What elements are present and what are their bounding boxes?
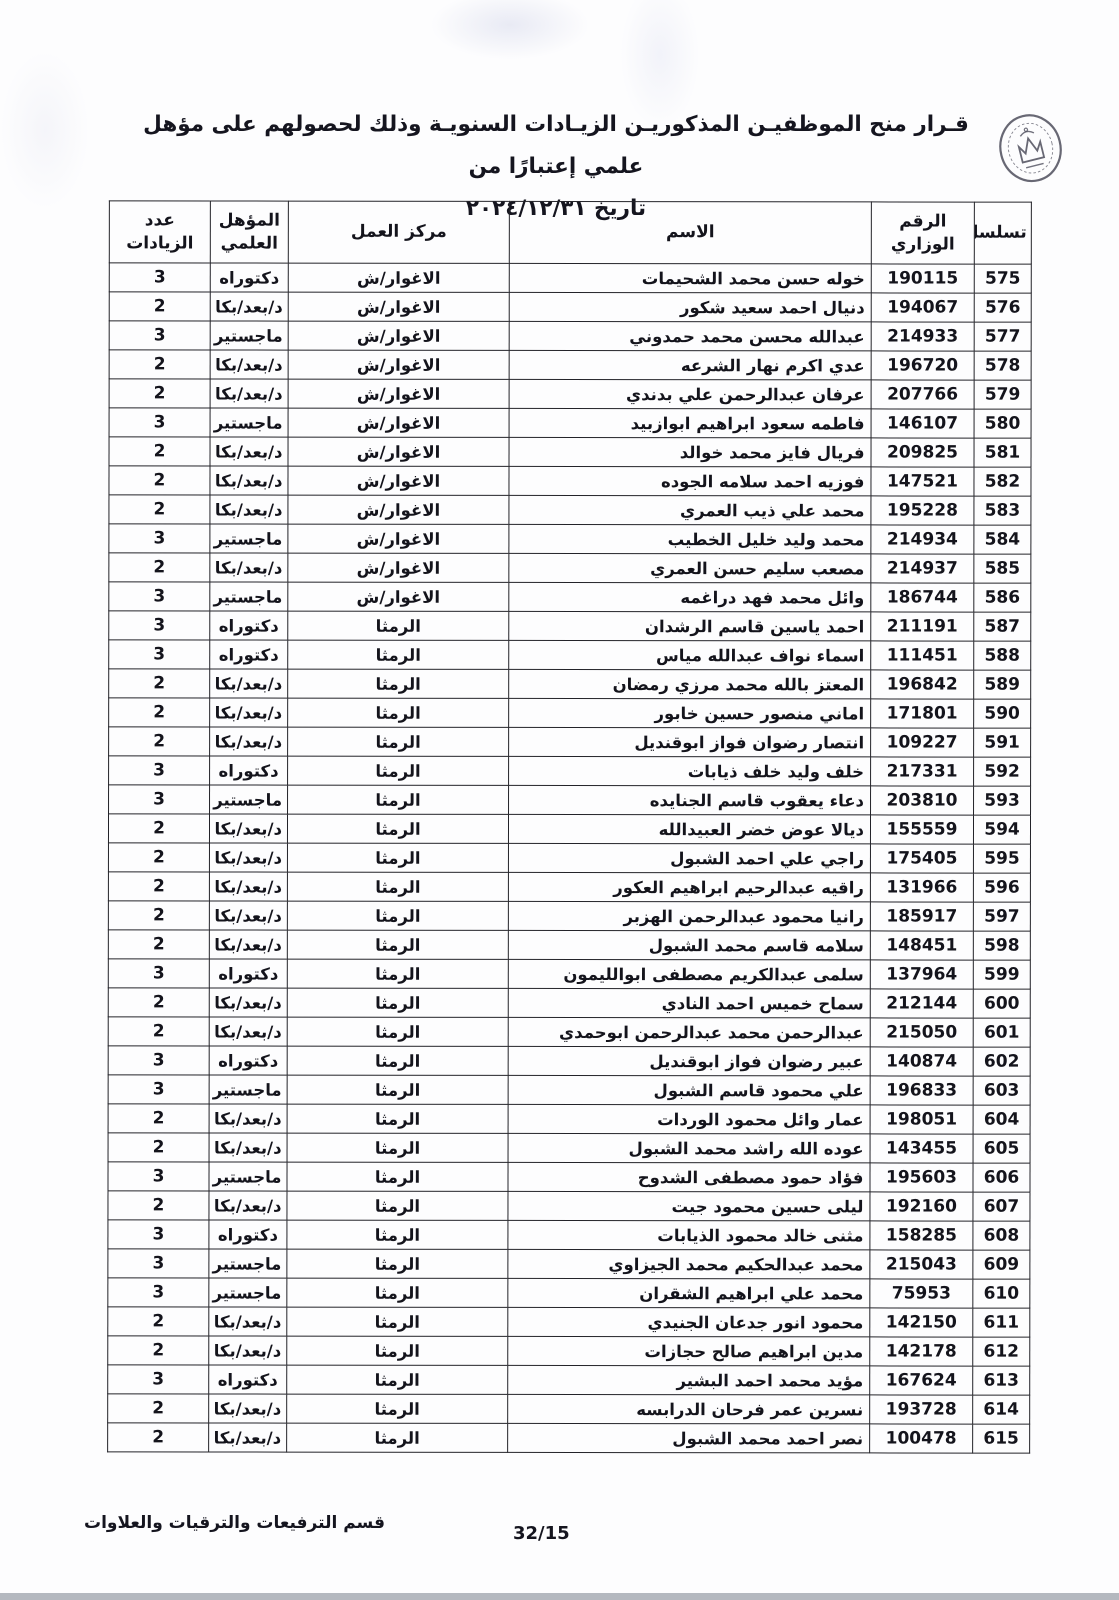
cell-work-center: الرمثا <box>287 1423 508 1452</box>
cell-serial: 600 <box>973 989 1030 1018</box>
cell-name: عمار وائل محمود الوردات <box>508 1104 870 1134</box>
cell-qualification: ماجستير <box>210 408 288 437</box>
cell-qualification: د/بعد/بكا <box>210 437 288 466</box>
cell-serial: 579 <box>974 380 1031 409</box>
cell-serial: 601 <box>973 1018 1030 1047</box>
table-row: 607 192160 ليلى حسين محمود جيت الرمثا د/… <box>108 1191 1030 1221</box>
cell-serial: 578 <box>974 351 1031 380</box>
cell-increments: 3 <box>108 1365 209 1394</box>
header-row: تسلسل الرقم الوزاري الاسم مركز العمل الم… <box>109 201 1031 264</box>
cell-work-center: الاغوار/ش <box>288 350 509 379</box>
cell-serial: 592 <box>974 757 1031 786</box>
cell-work-center: الرمثا <box>287 988 508 1017</box>
cell-qualification: د/بعد/بكا <box>209 872 287 901</box>
table-row: 612 142178 مدين ابراهيم صالح حجازات الرم… <box>108 1336 1030 1366</box>
table-row: 590 171801 اماني منصور حسين خابور الرمثا… <box>109 698 1031 728</box>
cell-qualification: ماجستير <box>210 524 288 553</box>
cell-name: خلف وليد خلف ذيابات <box>509 756 871 786</box>
cell-ministry-number: 146107 <box>871 409 974 438</box>
cell-work-center: الاغوار/ش <box>288 437 509 466</box>
cell-qualification: د/بعد/بكا <box>209 1307 287 1336</box>
table-row: 579 207766 عرفان عبدالرحمن علي بدندي الا… <box>109 379 1031 409</box>
cell-ministry-number: 195228 <box>871 496 974 525</box>
cell-name: المعتز بالله محمد مرزي رمضان <box>509 669 871 699</box>
cell-qualification: د/بعد/بكا <box>210 350 288 379</box>
footer-page-number: 32/15 <box>513 1523 570 1544</box>
cell-increments: 2 <box>108 930 209 959</box>
cell-serial: 596 <box>973 873 1030 902</box>
cell-name: راقيه عبدالرحيم ابراهيم العكور <box>508 872 870 902</box>
cell-serial: 608 <box>973 1221 1030 1250</box>
cell-serial: 580 <box>974 409 1031 438</box>
cell-qualification: د/بعد/بكا <box>209 843 287 872</box>
cell-ministry-number: 75953 <box>870 1279 973 1308</box>
cell-name: عوده الله راشد محمد الشبول <box>508 1133 870 1163</box>
cell-qualification: ماجستير <box>209 1162 287 1191</box>
cell-name: مدين ابراهيم صالح حجازات <box>508 1336 870 1366</box>
cell-work-center: الرمثا <box>287 1249 508 1278</box>
column-header-increments: عدد الزيادات <box>109 201 210 263</box>
column-header-qualification: المؤهل العلمي <box>210 201 288 263</box>
cell-increments: 2 <box>108 1191 209 1220</box>
cell-work-center: الرمثا <box>288 785 509 814</box>
cell-name: فريال فايز محمد خوالد <box>509 437 871 467</box>
cell-ministry-number: 215043 <box>870 1250 973 1279</box>
cell-work-center: الاغوار/ش <box>288 524 509 553</box>
cell-serial: 599 <box>973 960 1030 989</box>
cell-increments: 3 <box>108 1278 209 1307</box>
cell-increments: 2 <box>109 379 210 408</box>
cell-ministry-number: 214934 <box>871 525 974 554</box>
table-row: 576 194067 دنيال احمد سعيد شكور الاغوار/… <box>109 292 1031 322</box>
cell-ministry-number: 214933 <box>871 322 974 351</box>
cell-serial: 607 <box>973 1192 1030 1221</box>
cell-qualification: دكتوراه <box>210 611 288 640</box>
cell-qualification: ماجستير <box>210 582 288 611</box>
cell-ministry-number: 109227 <box>871 728 974 757</box>
cell-work-center: الاغوار/ش <box>288 553 509 582</box>
table-row: 592 217331 خلف وليد خلف ذيابات الرمثا دك… <box>109 756 1031 786</box>
table-row: 578 196720 عدي اكرم نهار الشرعه الاغوار/… <box>109 350 1031 380</box>
cell-increments: 3 <box>109 611 210 640</box>
cell-serial: 598 <box>973 931 1030 960</box>
cell-name: اسماء نواف عبدالله مياس <box>509 640 871 670</box>
cell-qualification: د/بعد/بكا <box>209 814 287 843</box>
cell-work-center: الاغوار/ش <box>288 495 509 524</box>
table-row: 584 214934 محمد وليد خليل الخطيب الاغوار… <box>109 524 1031 554</box>
cell-qualification: د/بعد/بكا <box>209 1423 287 1452</box>
cell-work-center: الرمثا <box>287 872 508 901</box>
cell-serial: 605 <box>973 1134 1030 1163</box>
table-row: 609 215043 محمد عبدالحكيم محمد الجيزاوي … <box>108 1249 1030 1279</box>
cell-name: عدي اكرم نهار الشرعه <box>509 350 871 380</box>
cell-qualification: د/بعد/بكا <box>210 379 288 408</box>
cell-serial: 595 <box>973 844 1030 873</box>
cell-increments: 2 <box>108 872 209 901</box>
cell-serial: 583 <box>974 496 1031 525</box>
cell-increments: 2 <box>108 1307 209 1336</box>
cell-increments: 3 <box>109 524 210 553</box>
cell-name: فاطمه سعود ابراهيم ابوازبيد <box>509 408 871 438</box>
cell-increments: 3 <box>109 640 210 669</box>
table-row: 588 111451 اسماء نواف عبدالله مياس الرمث… <box>109 640 1031 670</box>
cell-qualification: د/بعد/بكا <box>210 698 288 727</box>
cell-increments: 2 <box>109 437 210 466</box>
cell-ministry-number: 196720 <box>871 351 974 380</box>
cell-ministry-number: 131966 <box>870 873 973 902</box>
cell-increments: 2 <box>109 495 210 524</box>
cell-qualification: د/بعد/بكا <box>210 292 288 321</box>
cell-work-center: الرمثا <box>287 1394 508 1423</box>
cell-increments: 3 <box>109 582 210 611</box>
cell-name: دعاء يعقوب قاسم الجنايده <box>509 785 871 815</box>
cell-serial: 589 <box>974 670 1031 699</box>
cell-ministry-number: 194067 <box>871 293 974 322</box>
cell-increments: 2 <box>108 1336 209 1365</box>
cell-ministry-number: 137964 <box>870 960 973 989</box>
cell-increments: 2 <box>109 466 210 495</box>
table-row: 608 158285 مثنى خالد محمود الذيابات الرم… <box>108 1220 1030 1250</box>
cell-name: فوزيه احمد سلامه الجوده <box>509 466 871 496</box>
cell-ministry-number: 175405 <box>870 844 973 873</box>
cell-name: نسرين عمر فرحان الدرابسه <box>508 1394 870 1424</box>
employee-table-container: تسلسل الرقم الوزاري الاسم مركز العمل الم… <box>107 200 1032 1453</box>
cell-serial: 604 <box>973 1105 1030 1134</box>
cell-work-center: الرمثا <box>288 756 509 785</box>
cell-serial: 611 <box>973 1308 1030 1337</box>
cell-qualification: دكتوراه <box>209 1220 287 1249</box>
cell-work-center: الرمثا <box>287 1365 508 1394</box>
cell-name: نصر احمد محمد الشبول <box>508 1423 870 1453</box>
cell-ministry-number: 215050 <box>870 1018 973 1047</box>
cell-qualification: د/بعد/بكا <box>210 669 288 698</box>
cell-name: عبدالرحمن محمد عبدالرحمن ابوحمدي <box>508 1017 870 1047</box>
cell-qualification: د/بعد/بكا <box>210 466 288 495</box>
table-row: 587 211191 احمد ياسين قاسم الرشدان الرمث… <box>109 611 1031 641</box>
cell-work-center: الاغوار/ش <box>288 582 509 611</box>
cell-name: انتصار رضوان فواز ابوقنديل <box>509 727 871 757</box>
cell-increments: 2 <box>108 1017 209 1046</box>
cell-qualification: د/بعد/بكا <box>209 988 287 1017</box>
cell-increments: 2 <box>109 698 210 727</box>
employee-table-body: 575 190115 خوله حسن محمد الشحيمات الاغوا… <box>108 263 1032 1453</box>
cell-ministry-number: 142150 <box>870 1308 973 1337</box>
cell-ministry-number: 143455 <box>870 1134 973 1163</box>
cell-name: اماني منصور حسين خابور <box>509 698 871 728</box>
cell-work-center: الرمثا <box>287 1220 508 1249</box>
cell-serial: 612 <box>973 1337 1030 1366</box>
cell-serial: 606 <box>973 1163 1030 1192</box>
cell-qualification: ماجستير <box>210 321 288 350</box>
cell-work-center: الرمثا <box>287 901 508 930</box>
cell-ministry-number: 217331 <box>871 757 974 786</box>
table-row: 577 214933 عبدالله محسن محمد حمدوني الاغ… <box>109 321 1031 351</box>
cell-serial: 576 <box>974 293 1031 322</box>
cell-work-center: الاغوار/ش <box>288 292 509 321</box>
cell-serial: 613 <box>973 1366 1030 1395</box>
cell-name: فؤاد حمود مصطفى الشدوح <box>508 1162 870 1192</box>
cell-work-center: الرمثا <box>288 640 509 669</box>
cell-qualification: دكتوراه <box>209 959 287 988</box>
table-row: 595 175405 راجي علي احمد الشبول الرمثا د… <box>108 843 1030 873</box>
cell-serial: 603 <box>973 1076 1030 1105</box>
cell-ministry-number: 207766 <box>871 380 974 409</box>
table-row: 601 215050 عبدالرحمن محمد عبدالرحمن ابوح… <box>108 1017 1030 1047</box>
cell-work-center: الرمثا <box>287 1162 508 1191</box>
cell-name: علي محمود قاسم الشبول <box>508 1075 870 1105</box>
cell-serial: 586 <box>974 583 1031 612</box>
cell-qualification: ماجستير <box>209 1278 287 1307</box>
cell-increments: 3 <box>109 785 210 814</box>
cell-serial: 597 <box>973 902 1030 931</box>
cell-work-center: الرمثا <box>287 1046 508 1075</box>
cell-name: سماح خميس احمد النادي <box>508 988 870 1018</box>
cell-name: ليلى حسين محمود جيت <box>508 1191 870 1221</box>
cell-work-center: الرمثا <box>287 1191 508 1220</box>
cell-ministry-number: 209825 <box>871 438 974 467</box>
cell-work-center: الرمثا <box>287 959 508 988</box>
cell-ministry-number: 190115 <box>871 264 974 293</box>
cell-ministry-number: 147521 <box>871 467 974 496</box>
cell-qualification: د/بعد/بكا <box>209 1191 287 1220</box>
table-row: 586 186744 وائل محمد فهد دراغمه الاغوار/… <box>109 582 1031 612</box>
cell-ministry-number: 158285 <box>870 1221 973 1250</box>
cell-qualification: د/بعد/بكا <box>210 727 288 756</box>
cell-increments: 3 <box>109 756 210 785</box>
cell-name: وائل محمد فهد دراغمه <box>509 582 871 612</box>
cell-serial: 582 <box>974 467 1031 496</box>
cell-name: رانيا محمود عبدالرحمن الهزبر <box>508 901 870 931</box>
cell-increments: 2 <box>108 1133 209 1162</box>
scan-artifact <box>430 0 590 60</box>
cell-work-center: الرمثا <box>288 611 509 640</box>
cell-work-center: الاغوار/ش <box>288 379 509 408</box>
cell-increments: 3 <box>108 1249 209 1278</box>
document-title-line1: قـرار منح الموظفيـن المذكوريـن الزيـادات… <box>125 104 987 188</box>
cell-ministry-number: 196842 <box>871 670 974 699</box>
cell-increments: 2 <box>108 901 209 930</box>
cell-increments: 2 <box>109 350 210 379</box>
cell-increments: 2 <box>109 669 210 698</box>
cell-qualification: دكتوراه <box>210 640 288 669</box>
cell-ministry-number: 186744 <box>871 583 974 612</box>
cell-qualification: د/بعد/بكا <box>209 1017 287 1046</box>
cell-serial: 588 <box>974 641 1031 670</box>
cell-name: مثنى خالد محمود الذيابات <box>508 1220 870 1250</box>
cell-ministry-number: 185917 <box>870 902 973 931</box>
cell-qualification: د/بعد/بكا <box>209 901 287 930</box>
column-header-work-center: مركز العمل <box>288 201 509 263</box>
table-row: 603 196833 علي محمود قاسم الشبول الرمثا … <box>108 1075 1030 1105</box>
cell-qualification: ماجستير <box>209 1249 287 1278</box>
cell-name: احمد ياسين قاسم الرشدان <box>509 611 871 641</box>
cell-increments: 3 <box>108 1162 209 1191</box>
cell-name: سلمى عبدالكريم مصطفى ابوالليمون <box>508 959 870 989</box>
cell-qualification: د/بعد/بكا <box>210 495 288 524</box>
table-row: 615 100478 نصر احمد محمد الشبول الرمثا د… <box>108 1423 1030 1453</box>
cell-ministry-number: 196833 <box>870 1076 973 1105</box>
cell-ministry-number: 140874 <box>870 1047 973 1076</box>
scan-artifact <box>0 50 90 210</box>
cell-ministry-number: 192160 <box>870 1192 973 1221</box>
table-row: 598 148451 سلامه قاسم محمد الشبول الرمثا… <box>108 930 1030 960</box>
table-row: 594 155559 ديالا عوض خضر العبيدالله الرم… <box>108 814 1030 844</box>
table-row: 575 190115 خوله حسن محمد الشحيمات الاغوا… <box>109 263 1031 293</box>
cell-serial: 614 <box>973 1395 1030 1424</box>
cell-increments: 2 <box>108 1104 209 1133</box>
cell-serial: 609 <box>973 1250 1030 1279</box>
cell-serial: 581 <box>974 438 1031 467</box>
table-row: 580 146107 فاطمه سعود ابراهيم ابوازبيد ا… <box>109 408 1031 438</box>
cell-serial: 610 <box>973 1279 1030 1308</box>
table-row: 604 198051 عمار وائل محمود الوردات الرمث… <box>108 1104 1030 1134</box>
cell-name: محمد علي ابراهيم الشقران <box>508 1278 870 1308</box>
cell-work-center: الرمثا <box>288 727 509 756</box>
cell-serial: 593 <box>974 786 1031 815</box>
cell-work-center: الرمثا <box>287 843 508 872</box>
cell-ministry-number: 167624 <box>870 1366 973 1395</box>
column-header-name: الاسم <box>509 201 871 264</box>
cell-work-center: الرمثا <box>288 669 509 698</box>
cell-qualification: ماجستير <box>209 1075 287 1104</box>
table-row: 596 131966 راقيه عبدالرحيم ابراهيم العكو… <box>108 872 1030 902</box>
cell-work-center: الرمثا <box>288 698 509 727</box>
cell-ministry-number: 142178 <box>870 1337 973 1366</box>
cell-increments: 3 <box>108 1220 209 1249</box>
cell-qualification: د/بعد/بكا <box>209 930 287 959</box>
table-row: 597 185917 رانيا محمود عبدالرحمن الهزبر … <box>108 901 1030 931</box>
table-row: 602 140874 عبير رضوان فواز ابوقنديل الرم… <box>108 1046 1030 1076</box>
cell-serial: 577 <box>974 322 1031 351</box>
table-row: 611 142150 محمود انور جدعان الجنيدي الرم… <box>108 1307 1030 1337</box>
table-row: 589 196842 المعتز بالله محمد مرزي رمضان … <box>109 669 1031 699</box>
cell-name: دنيال احمد سعيد شكور <box>509 292 871 322</box>
cell-qualification: د/بعد/بكا <box>209 1104 287 1133</box>
cell-qualification: دكتوراه <box>209 1365 287 1394</box>
cell-work-center: الاغوار/ش <box>288 466 509 495</box>
table-row: 605 143455 عوده الله راشد محمد الشبول ال… <box>108 1133 1030 1163</box>
cell-qualification: د/بعد/بكا <box>209 1394 287 1423</box>
column-header-serial: تسلسل <box>974 202 1031 264</box>
cell-name: خوله حسن محمد الشحيمات <box>509 263 871 293</box>
cell-ministry-number: 171801 <box>871 699 974 728</box>
cell-qualification: ماجستير <box>210 785 288 814</box>
cell-ministry-number: 155559 <box>870 815 973 844</box>
cell-qualification: د/بعد/بكا <box>209 1133 287 1162</box>
cell-increments: 2 <box>108 1423 209 1452</box>
cell-increments: 2 <box>109 553 210 582</box>
cell-increments: 3 <box>108 1046 209 1075</box>
cell-name: ديالا عوض خضر العبيدالله <box>508 814 870 844</box>
cell-increments: 2 <box>109 292 210 321</box>
cell-ministry-number: 198051 <box>870 1105 973 1134</box>
cell-name: عبدالله محسن محمد حمدوني <box>509 321 871 351</box>
table-row: 599 137964 سلمى عبدالكريم مصطفى ابوالليم… <box>108 959 1030 989</box>
table-row: 583 195228 محمد علي ذيب العمري الاغوار/ش… <box>109 495 1031 525</box>
cell-qualification: د/بعد/بكا <box>209 1336 287 1365</box>
scan-edge <box>0 1593 1119 1600</box>
cell-work-center: الاغوار/ش <box>288 408 509 437</box>
cell-work-center: الرمثا <box>287 1104 508 1133</box>
table-row: 614 193728 نسرين عمر فرحان الدرابسه الرم… <box>108 1394 1030 1424</box>
cell-serial: 594 <box>973 815 1030 844</box>
table-row: 610 75953 محمد علي ابراهيم الشقران الرمث… <box>108 1278 1030 1308</box>
cell-work-center: الاغوار/ش <box>288 321 509 350</box>
cell-work-center: الاغوار/ش <box>288 263 509 292</box>
cell-serial: 602 <box>973 1047 1030 1076</box>
footer-department: قسم الترفيعات والترقيات والعلاوات <box>84 1513 385 1533</box>
cell-ministry-number: 214937 <box>871 554 974 583</box>
cell-increments: 3 <box>108 1075 209 1104</box>
cell-ministry-number: 193728 <box>870 1395 973 1424</box>
table-row: 613 167624 مؤيد محمد احمد البشير الرمثا … <box>108 1365 1030 1395</box>
cell-name: محمد علي ذيب العمري <box>509 495 871 525</box>
cell-serial: 585 <box>974 554 1031 583</box>
cell-name: عرفان عبدالرحمن علي بدندي <box>509 379 871 409</box>
cell-work-center: الرمثا <box>287 1307 508 1336</box>
cell-name: سلامه قاسم محمد الشبول <box>508 930 870 960</box>
column-header-ministry-number: الرقم الوزاري <box>871 202 974 264</box>
cell-increments: 2 <box>108 814 209 843</box>
table-row: 591 109227 انتصار رضوان فواز ابوقنديل ال… <box>109 727 1031 757</box>
ministry-seal-icon <box>997 104 1065 188</box>
table-row: 600 212144 سماح خميس احمد النادي الرمثا … <box>108 988 1030 1018</box>
table-row: 585 214937 مصعب سليم حسن العمري الاغوار/… <box>109 553 1031 583</box>
cell-qualification: دكتوراه <box>210 263 288 292</box>
cell-ministry-number: 148451 <box>870 931 973 960</box>
cell-name: محمود انور جدعان الجنيدي <box>508 1307 870 1337</box>
cell-ministry-number: 111451 <box>871 641 974 670</box>
cell-name: عبير رضوان فواز ابوقنديل <box>508 1046 870 1076</box>
cell-increments: 3 <box>109 321 210 350</box>
cell-increments: 3 <box>109 408 210 437</box>
cell-qualification: دكتوراه <box>210 756 288 785</box>
cell-serial: 615 <box>973 1424 1030 1453</box>
cell-increments: 2 <box>109 727 210 756</box>
cell-serial: 591 <box>974 728 1031 757</box>
cell-increments: 3 <box>108 959 209 988</box>
cell-work-center: الرمثا <box>287 1133 508 1162</box>
table-row: 581 209825 فريال فايز محمد خوالد الاغوار… <box>109 437 1031 467</box>
employee-table-header: تسلسل الرقم الوزاري الاسم مركز العمل الم… <box>109 201 1031 264</box>
table-row: 606 195603 فؤاد حمود مصطفى الشدوح الرمثا… <box>108 1162 1030 1192</box>
cell-name: راجي علي احمد الشبول <box>508 843 870 873</box>
cell-name: مصعب سليم حسن العمري <box>509 553 871 583</box>
cell-work-center: الرمثا <box>287 1336 508 1365</box>
cell-ministry-number: 195603 <box>870 1163 973 1192</box>
employee-table: تسلسل الرقم الوزاري الاسم مركز العمل الم… <box>107 200 1032 1453</box>
cell-serial: 575 <box>974 264 1031 293</box>
cell-serial: 587 <box>974 612 1031 641</box>
cell-increments: 2 <box>108 843 209 872</box>
cell-increments: 2 <box>108 1394 209 1423</box>
table-row: 582 147521 فوزيه احمد سلامه الجوده الاغو… <box>109 466 1031 496</box>
cell-increments: 2 <box>108 988 209 1017</box>
cell-qualification: د/بعد/بكا <box>210 553 288 582</box>
cell-name: محمد عبدالحكيم محمد الجيزاوي <box>508 1249 870 1279</box>
cell-serial: 590 <box>974 699 1031 728</box>
cell-work-center: الرمثا <box>287 1017 508 1046</box>
cell-ministry-number: 203810 <box>871 786 974 815</box>
cell-work-center: الرمثا <box>287 1278 508 1307</box>
cell-qualification: دكتوراه <box>209 1046 287 1075</box>
cell-name: مؤيد محمد احمد البشير <box>508 1365 870 1395</box>
cell-work-center: الرمثا <box>287 930 508 959</box>
cell-ministry-number: 211191 <box>871 612 974 641</box>
table-row: 593 203810 دعاء يعقوب قاسم الجنايده الرم… <box>109 785 1031 815</box>
cell-serial: 584 <box>974 525 1031 554</box>
cell-ministry-number: 212144 <box>870 989 973 1018</box>
